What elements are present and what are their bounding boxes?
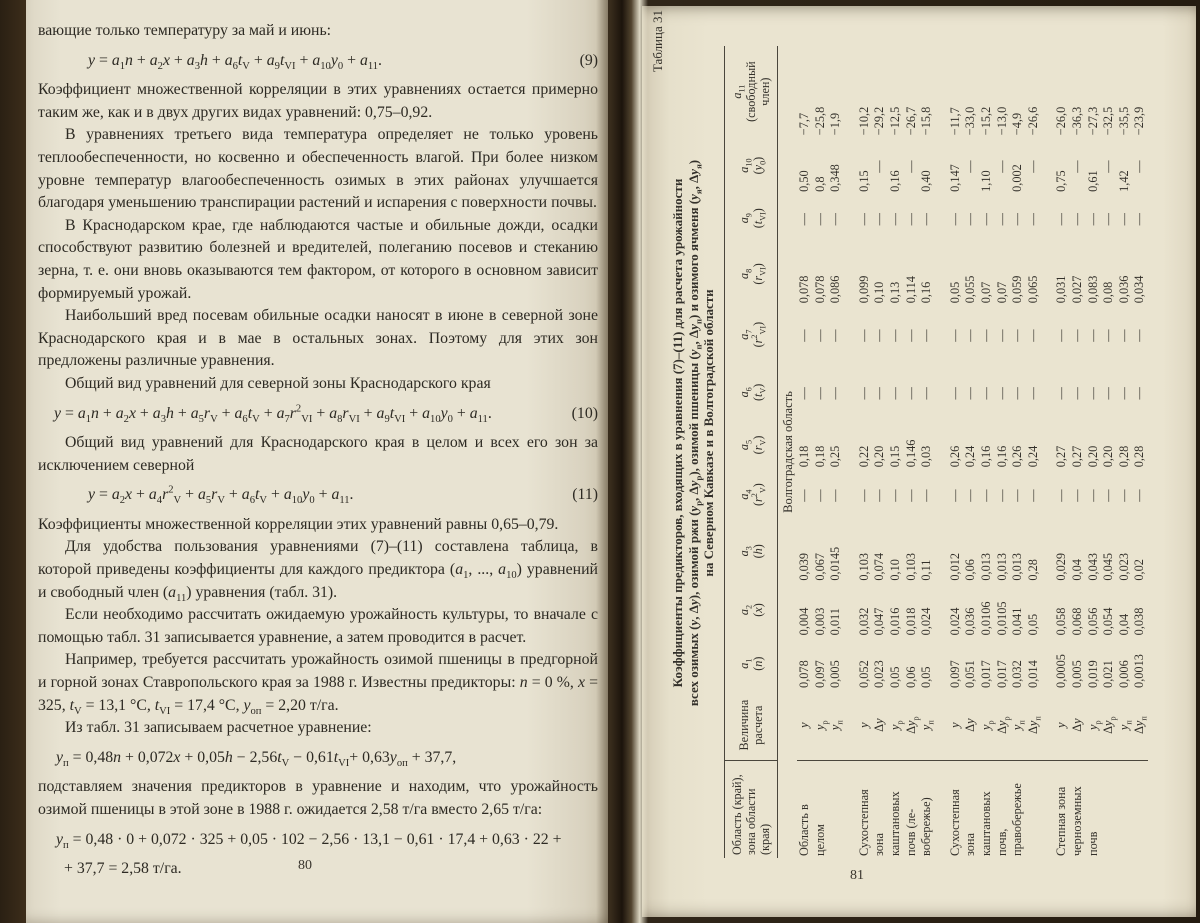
table-row: yп0,0320,0410,013—0,26——0,059—0,002−4,9	[1010, 46, 1026, 858]
coefficient-value-a6: —	[1117, 364, 1133, 421]
header-value-column: Величинарасчета	[724, 690, 777, 761]
coefficient-value-a8: 0,059	[1010, 243, 1026, 306]
coefficient-value-a3: 0,02	[1132, 520, 1148, 583]
coefficient-value-a5: 0,27	[1070, 421, 1086, 470]
coefficient-value-a8: 0,078	[813, 243, 829, 306]
coefficient-value-a11: −25,8	[813, 46, 829, 137]
group-label: Сухостепнаязонакаштановыхпочв,правобереж…	[935, 761, 1042, 858]
coefficient-value-a3: 0,043	[1086, 520, 1102, 583]
coefficient-value-a10: 0,8	[813, 137, 829, 194]
table-label: Таблица 31	[650, 10, 666, 72]
calc-symbol: yр	[813, 690, 829, 761]
coefficient-value-a11: −1,9	[828, 46, 844, 137]
coefficient-value-a10: 0,40	[919, 137, 935, 194]
coefficient-value-a5: 0,20	[1086, 421, 1102, 470]
coefficient-value-a9: —	[813, 194, 829, 243]
coefficient-value-a3: 0,045	[1101, 520, 1117, 583]
coefficient-value-a8: 0,027	[1070, 243, 1086, 306]
coefficient-value-a2: 0,016	[888, 583, 904, 638]
equation-formula: y = a1n + a2x + a3h + a5rV + a6tV + a7r2…	[54, 403, 564, 426]
coefficient-value-a1: 0,0013	[1132, 637, 1148, 690]
table-row: Δyп0,00130,0380,02—0,28——0,034——−23,9	[1132, 46, 1148, 858]
paragraph: Наибольший вред посевам обильные осадки …	[38, 305, 598, 373]
table-row: Степная зоначерноземныхпочвy0,00050,0580…	[1041, 46, 1070, 858]
coefficient-value-a3: 0,28	[1026, 520, 1042, 583]
equation-number: (10)	[564, 403, 598, 426]
coefficient-value-a2: 0,032	[844, 583, 873, 638]
calc-symbol: Δyп	[1132, 690, 1148, 761]
coefficient-value-a6: —	[813, 364, 829, 421]
coefficient-value-a4: —	[872, 469, 888, 520]
region-subheader: Волгоградская область	[777, 46, 797, 858]
coefficient-value-a4: —	[1101, 469, 1117, 520]
coefficient-value-a7: —	[1026, 305, 1042, 364]
coefficient-value-a7: —	[1117, 305, 1133, 364]
calc-symbol: yп	[1117, 690, 1133, 761]
coefficient-value-a4: —	[1026, 469, 1042, 520]
coefficient-value-a9: —	[935, 194, 964, 243]
coefficient-value-a11: −7,7	[797, 46, 813, 137]
table-row: Сухостепнаязонакаштановыхпочв,правобереж…	[935, 46, 964, 858]
table-row: Δy0,0050,0680,04—0,27——0,027——−36,3	[1070, 46, 1086, 858]
calc-symbol: yр	[979, 690, 995, 761]
coefficient-value-a6: —	[963, 364, 979, 421]
coefficient-value-a11: −10,2	[844, 46, 873, 137]
coefficient-value-a3: 0,10	[888, 520, 904, 583]
coefficient-value-a7: —	[963, 305, 979, 364]
coefficient-value-a3: 0,029	[1041, 520, 1070, 583]
coefficient-value-a8: 0,034	[1132, 243, 1148, 306]
coefficient-value-a2: 0,003	[813, 583, 829, 638]
coefficient-value-a5: 0,16	[979, 421, 995, 470]
coefficient-value-a4: —	[919, 469, 935, 520]
table-row: Δyр0,0210,0540,045—0,20——0,08——−32,5	[1101, 46, 1117, 858]
coefficient-value-a10: —	[1132, 137, 1148, 194]
coefficient-value-a9: —	[919, 194, 935, 243]
coefficient-value-a5: 0,27	[1041, 421, 1070, 470]
coefficient-value-a8: 0,05	[935, 243, 964, 306]
coefficient-value-a11: −26,6	[1026, 46, 1042, 137]
coefficient-value-a8: 0,07	[979, 243, 995, 306]
coefficient-value-a1: 0,052	[844, 637, 873, 690]
coefficient-value-a5: 0,26	[1010, 421, 1026, 470]
table-row: yп0,050,0240,11—0,03——0,16—0,40−15,8	[919, 46, 935, 858]
coefficient-value-a7: —	[813, 305, 829, 364]
coefficient-value-a10: 0,002	[1010, 137, 1026, 194]
coefficient-value-a2: 0,038	[1132, 583, 1148, 638]
page-right: Таблица 31 Коэффициенты предикторов, вхо…	[642, 6, 1196, 917]
coefficient-value-a10: 1,10	[979, 137, 995, 194]
coefficient-value-a9: —	[963, 194, 979, 243]
coefficient-value-a4: —	[979, 469, 995, 520]
equation-formula: + 37,7 = 2,58 т/га.	[64, 858, 598, 881]
coefficient-value-a3: 0,013	[1010, 520, 1026, 583]
coefficient-value-a10: 0,348	[828, 137, 844, 194]
calc-symbol: y	[935, 690, 964, 761]
coefficient-value-a6: —	[1041, 364, 1070, 421]
coefficient-value-a6: —	[979, 364, 995, 421]
coefficient-value-a5: 0,15	[888, 421, 904, 470]
paragraph: Коэффициент множественной корреляции в э…	[38, 79, 598, 124]
coefficient-value-a10: —	[963, 137, 979, 194]
coefficient-value-a10: —	[995, 137, 1011, 194]
coefficient-value-a1: 0,019	[1086, 637, 1102, 690]
coefficient-value-a8: 0,083	[1086, 243, 1102, 306]
coefficient-value-a11: −23,9	[1132, 46, 1148, 137]
coefficient-value-a5: 0,20	[1101, 421, 1117, 470]
table-row: yр0,0190,0560,043—0,20——0,083—0,61−27,3	[1086, 46, 1102, 858]
coefficient-value-a6: —	[797, 364, 813, 421]
coefficient-value-a6: —	[919, 364, 935, 421]
coefficient-value-a11: −26,7	[904, 46, 920, 137]
table-row: yр0,0170,01060,013—0,16——0,07—1,10−15,2	[979, 46, 995, 858]
header-coefficient-a2: a2(x)	[724, 583, 777, 638]
coefficient-value-a4: —	[963, 469, 979, 520]
calc-symbol: Δy	[963, 690, 979, 761]
coefficient-value-a7: —	[1101, 305, 1117, 364]
coefficient-value-a7: —	[888, 305, 904, 364]
coefficient-value-a8: 0,13	[888, 243, 904, 306]
table-row: Δy0,0510,0360,06—0,24——0,055——−33,0	[963, 46, 979, 858]
coefficient-value-a9: —	[1010, 194, 1026, 243]
coefficient-value-a3: 0,023	[1117, 520, 1133, 583]
coefficient-value-a5: 0,18	[813, 421, 829, 470]
coefficient-value-a3: 0,103	[904, 520, 920, 583]
coefficient-value-a10: —	[872, 137, 888, 194]
coefficient-value-a8: 0,08	[1101, 243, 1117, 306]
header-coefficient-a5: a5(rV)	[724, 421, 777, 470]
coefficient-value-a2: 0,054	[1101, 583, 1117, 638]
equation-number: (11)	[564, 484, 598, 507]
calc-symbol: Δyр	[904, 690, 920, 761]
equation-number: (9)	[572, 50, 598, 73]
coefficient-value-a4: —	[797, 469, 813, 520]
coefficient-value-a5: 0,24	[1026, 421, 1042, 470]
coefficient-value-a4: —	[1010, 469, 1026, 520]
coefficient-value-a7: —	[828, 305, 844, 364]
coefficient-value-a9: —	[1132, 194, 1148, 243]
coefficient-value-a11: −26,0	[1041, 46, 1070, 137]
table-row: yр0,050,0160,10—0,15——0,13—0,16−12,5	[888, 46, 904, 858]
header-coefficient-a8: a8(rVI)	[724, 243, 777, 306]
paragraph: Например, требуется рассчитать урожайнос…	[38, 649, 598, 717]
coefficient-value-a1: 0,017	[995, 637, 1011, 690]
equation-9: y = a1n + a2x + a3h + a6tV + a9tVI + a10…	[38, 50, 598, 73]
paragraph: Из табл. 31 записываем расчетное уравнен…	[38, 717, 598, 740]
coefficient-value-a2: 0,041	[1010, 583, 1026, 638]
calc-symbol: y	[1041, 690, 1070, 761]
coefficient-value-a7: —	[797, 305, 813, 364]
coefficient-value-a7: —	[919, 305, 935, 364]
coefficient-value-a10: 0,61	[1086, 137, 1102, 194]
coefficient-value-a11: −13,0	[995, 46, 1011, 137]
table-title: Коэффициенты предикторов, входящих в ура…	[650, 8, 717, 858]
coefficient-value-a9: —	[1070, 194, 1086, 243]
calc-symbol: Δy	[1070, 690, 1086, 761]
coefficient-value-a8: 0,07	[995, 243, 1011, 306]
coefficient-value-a3: 0,0145	[828, 520, 844, 583]
coefficient-value-a8: 0,055	[963, 243, 979, 306]
coefficient-value-a6: —	[1086, 364, 1102, 421]
coefficient-value-a9: —	[797, 194, 813, 243]
page-left: вающие только температуру за май и июнь:…	[26, 0, 608, 923]
coefficient-value-a4: —	[935, 469, 964, 520]
coefficient-value-a4: —	[1070, 469, 1086, 520]
coefficient-value-a11: −29,2	[872, 46, 888, 137]
coefficient-value-a8: 0,086	[828, 243, 844, 306]
coefficient-value-a9: —	[904, 194, 920, 243]
book-spread-scan: вающие только температуру за май и июнь:…	[0, 0, 1200, 923]
coefficient-value-a2: 0,058	[1041, 583, 1070, 638]
coefficient-value-a6: —	[1010, 364, 1026, 421]
paragraph: В уравнениях третьего вида температура о…	[38, 124, 598, 214]
coefficient-value-a8: 0,065	[1026, 243, 1042, 306]
coefficient-value-a1: 0,05	[888, 637, 904, 690]
coefficient-value-a9: —	[995, 194, 1011, 243]
table-row: yр0,0970,0030,067—0,18——0,078—0,8−25,8	[813, 46, 829, 858]
coefficient-value-a10: —	[1101, 137, 1117, 194]
coefficient-value-a8: 0,078	[797, 243, 813, 306]
coefficient-value-a6: —	[888, 364, 904, 421]
paragraph: Общий вид уравнений для северной зоны Кр…	[38, 373, 598, 396]
coefficient-value-a7: —	[1041, 305, 1070, 364]
coefficient-value-a9: —	[872, 194, 888, 243]
group-label: Степная зоначерноземныхпочв	[1041, 761, 1148, 858]
coefficient-value-a1: 0,032	[1010, 637, 1026, 690]
coefficient-value-a1: 0,021	[1101, 637, 1117, 690]
coefficient-value-a7: —	[935, 305, 964, 364]
coefficient-value-a10: 0,75	[1041, 137, 1070, 194]
table-row: Δyп0,0140,050,28—0,24——0,065——−26,6	[1026, 46, 1042, 858]
coefficient-value-a5: 0,22	[844, 421, 873, 470]
coefficient-value-a1: 0,051	[963, 637, 979, 690]
coefficient-value-a1: 0,017	[979, 637, 995, 690]
coefficient-value-a7: —	[844, 305, 873, 364]
coefficient-value-a9: —	[1117, 194, 1133, 243]
coefficient-value-a2: 0,024	[919, 583, 935, 638]
coefficient-value-a6: —	[1132, 364, 1148, 421]
coefficient-value-a3: 0,04	[1070, 520, 1086, 583]
calc-symbol: yп	[828, 690, 844, 761]
group-label: Область вцелом	[797, 761, 844, 858]
table-row: yп0,0050,0110,0145—0,25——0,086—0,348−1,9	[828, 46, 844, 858]
table-header-row: Область (край),зона области(края)Величин…	[724, 46, 777, 858]
coefficient-value-a11: −11,7	[935, 46, 964, 137]
coefficient-value-a2: 0,056	[1086, 583, 1102, 638]
paragraph: Для удобства пользования уравнениями (7)…	[38, 536, 598, 604]
coefficient-value-a3: 0,012	[935, 520, 964, 583]
header-coefficient-a9: a9(tVI)	[724, 194, 777, 243]
coefficient-value-a7: —	[1086, 305, 1102, 364]
coefficient-value-a5: 0,20	[872, 421, 888, 470]
coefficient-value-a9: —	[1026, 194, 1042, 243]
coefficient-value-a10: —	[1026, 137, 1042, 194]
coefficient-value-a6: —	[844, 364, 873, 421]
calc-symbol: Δyр	[1101, 690, 1117, 761]
coefficient-value-a4: —	[1117, 469, 1133, 520]
calc-symbol: y	[797, 690, 813, 761]
coefficient-value-a3: 0,013	[995, 520, 1011, 583]
table-row: Δy0,0230,0470,074—0,20——0,10——−29,2	[872, 46, 888, 858]
coefficient-value-a3: 0,06	[963, 520, 979, 583]
equation-formula: yп = 0,48 · 0 + 0,072 · 325 + 0,05 · 102…	[56, 829, 598, 852]
coefficient-value-a6: —	[872, 364, 888, 421]
coefficient-value-a5: 0,25	[828, 421, 844, 470]
coefficient-value-a4: —	[1041, 469, 1070, 520]
paragraph: Если необходимо рассчитать ожидаемую уро…	[38, 604, 598, 649]
coefficient-value-a4: —	[995, 469, 1011, 520]
coefficient-value-a7: —	[872, 305, 888, 364]
calc-symbol: y	[844, 690, 873, 761]
coefficient-value-a6: —	[1101, 364, 1117, 421]
coefficient-value-a2: 0,018	[904, 583, 920, 638]
region-subheader-row: Волгоградская область	[777, 46, 797, 858]
coefficient-value-a6: —	[995, 364, 1011, 421]
coefficient-value-a3: 0,103	[844, 520, 873, 583]
coefficient-value-a4: —	[828, 469, 844, 520]
coefficient-value-a2: 0,05	[1026, 583, 1042, 638]
table-row: Δyр0,0170,01050,013—0,16——0,07——−13,0	[995, 46, 1011, 858]
coefficient-value-a8: 0,099	[844, 243, 873, 306]
coefficient-value-a11: −32,5	[1101, 46, 1117, 137]
table-row: yп0,0060,040,023—0,28——0,036—1,42−35,5	[1117, 46, 1133, 858]
coefficient-value-a1: 0,005	[828, 637, 844, 690]
header-coefficient-a10: a10(y0)	[724, 137, 777, 194]
header-coefficient-a11: a11(свободный член)	[724, 46, 777, 137]
coefficient-value-a9: —	[1086, 194, 1102, 243]
coefficient-value-a8: 0,036	[1117, 243, 1133, 306]
paragraph: В Краснодарском крае, где наблюдаются ча…	[38, 215, 598, 305]
coefficient-value-a7: —	[1132, 305, 1148, 364]
coefficient-value-a11: −4,9	[1010, 46, 1026, 137]
coefficients-table: Область (край),зона области(края)Величин…	[724, 46, 1148, 858]
coefficient-value-a11: −33,0	[963, 46, 979, 137]
coefficient-value-a8: 0,031	[1041, 243, 1070, 306]
table-row: Сухостепнаязонакаштановыхпочв (ле-вобере…	[844, 46, 873, 858]
coefficient-value-a1: 0,078	[797, 637, 813, 690]
header-coefficient-a1: a1(n)	[724, 637, 777, 690]
equation-formula: y = a2x + a4r2V + a5rV + a6tV + a10y0 + …	[88, 484, 564, 507]
paragraph: вающие только температуру за май и июнь:	[38, 20, 598, 43]
calc-symbol: yр	[888, 690, 904, 761]
coefficient-value-a2: 0,004	[797, 583, 813, 638]
coefficient-value-a3: 0,039	[797, 520, 813, 583]
coefficient-value-a5: 0,18	[797, 421, 813, 470]
header-coefficient-a6: a6(tV)	[724, 364, 777, 421]
coefficient-value-a10: 0,147	[935, 137, 964, 194]
group-label: Сухостепнаязонакаштановыхпочв (ле-вобере…	[844, 761, 935, 858]
coefficient-value-a11: −12,5	[888, 46, 904, 137]
coefficient-value-a8: 0,16	[919, 243, 935, 306]
equation-calc: yп = 0,48n + 0,072x + 0,05h − 2,56tV − 0…	[38, 747, 598, 770]
coefficient-value-a1: 0,0005	[1041, 637, 1070, 690]
coefficient-value-a3: 0,013	[979, 520, 995, 583]
left-page-text: вающие только температуру за май и июнь:…	[38, 20, 598, 888]
header-coefficient-a7: a7(r2VI)	[724, 305, 777, 364]
coefficient-value-a6: —	[1026, 364, 1042, 421]
paragraph: подставляем значения предикторов в уравн…	[38, 776, 598, 821]
coefficient-value-a10: 0,16	[888, 137, 904, 194]
coefficient-value-a2: 0,047	[872, 583, 888, 638]
calc-symbol: Δy	[872, 690, 888, 761]
coefficient-value-a8: 0,10	[872, 243, 888, 306]
coefficient-value-a1: 0,06	[904, 637, 920, 690]
calc-symbol: Δyп	[1026, 690, 1042, 761]
table-row: Δyр0,060,0180,103—0,146——0,114——−26,7	[904, 46, 920, 858]
coefficient-value-a7: —	[1010, 305, 1026, 364]
coefficient-value-a2: 0,068	[1070, 583, 1086, 638]
coefficient-value-a9: —	[844, 194, 873, 243]
coefficient-value-a11: −15,2	[979, 46, 995, 137]
equation-formula: y = a1n + a2x + a3h + a6tV + a9tVI + a10…	[88, 50, 572, 73]
coefficient-value-a9: —	[1041, 194, 1070, 243]
coefficient-value-a2: 0,04	[1117, 583, 1133, 638]
coefficient-value-a1: 0,097	[935, 637, 964, 690]
coefficient-value-a10: 0,15	[844, 137, 873, 194]
page-number-right: 81	[850, 868, 864, 884]
coefficient-value-a1: 0,097	[813, 637, 829, 690]
rotated-table-landscape: Таблица 31 Коэффициенты предикторов, вхо…	[650, 8, 1200, 858]
header-coefficient-a4: a4(r2V)	[724, 469, 777, 520]
page-number-left: 80	[298, 858, 312, 874]
coefficient-value-a4: —	[813, 469, 829, 520]
coefficient-value-a3: 0,11	[919, 520, 935, 583]
coefficient-value-a6: —	[1070, 364, 1086, 421]
coefficient-value-a5: 0,24	[963, 421, 979, 470]
coefficient-value-a7: —	[904, 305, 920, 364]
coefficient-value-a9: —	[888, 194, 904, 243]
coefficient-value-a2: 0,011	[828, 583, 844, 638]
calc-symbol: yп	[1010, 690, 1026, 761]
coefficient-value-a4: —	[904, 469, 920, 520]
header-region-column: Область (край),зона области(края)	[724, 761, 777, 858]
coefficient-value-a9: —	[828, 194, 844, 243]
calc-symbol: yр	[1086, 690, 1102, 761]
coefficient-value-a10: —	[904, 137, 920, 194]
coefficient-value-a1: 0,005	[1070, 637, 1086, 690]
coefficient-value-a7: —	[979, 305, 995, 364]
calc-symbol: yп	[919, 690, 935, 761]
coefficient-value-a4: —	[1086, 469, 1102, 520]
coefficient-value-a1: 0,006	[1117, 637, 1133, 690]
coefficient-value-a2: 0,0105	[995, 583, 1011, 638]
coefficient-value-a9: —	[1101, 194, 1117, 243]
coefficient-value-a2: 0,024	[935, 583, 964, 638]
paragraph: Коэффициенты множественной корреляции эт…	[38, 514, 598, 537]
coefficient-value-a6: —	[935, 364, 964, 421]
coefficient-value-a10: 0,50	[797, 137, 813, 194]
coefficient-value-a2: 0,0106	[979, 583, 995, 638]
coefficient-value-a8: 0,114	[904, 243, 920, 306]
equation-result-line2: + 37,7 = 2,58 т/га.	[38, 858, 598, 881]
calc-symbol: Δyр	[995, 690, 1011, 761]
coefficient-value-a9: —	[979, 194, 995, 243]
coefficient-value-a5: 0,146	[904, 421, 920, 470]
coefficient-value-a3: 0,067	[813, 520, 829, 583]
coefficient-value-a5: 0,03	[919, 421, 935, 470]
coefficient-value-a1: 0,023	[872, 637, 888, 690]
coefficient-value-a4: —	[888, 469, 904, 520]
coefficient-value-a5: 0,28	[1132, 421, 1148, 470]
coefficient-value-a6: —	[828, 364, 844, 421]
equation-result-line1: yп = 0,48 · 0 + 0,072 · 325 + 0,05 · 102…	[38, 829, 598, 852]
header-coefficient-a3: a3(h)	[724, 520, 777, 583]
coefficient-value-a7: —	[995, 305, 1011, 364]
equation-10: y = a1n + a2x + a3h + a5rV + a6tV + a7r2…	[38, 403, 598, 426]
coefficient-value-a3: 0,074	[872, 520, 888, 583]
coefficient-value-a6: —	[904, 364, 920, 421]
table-row: Область вцеломy0,0780,0040,039—0,18——0,0…	[797, 46, 813, 858]
